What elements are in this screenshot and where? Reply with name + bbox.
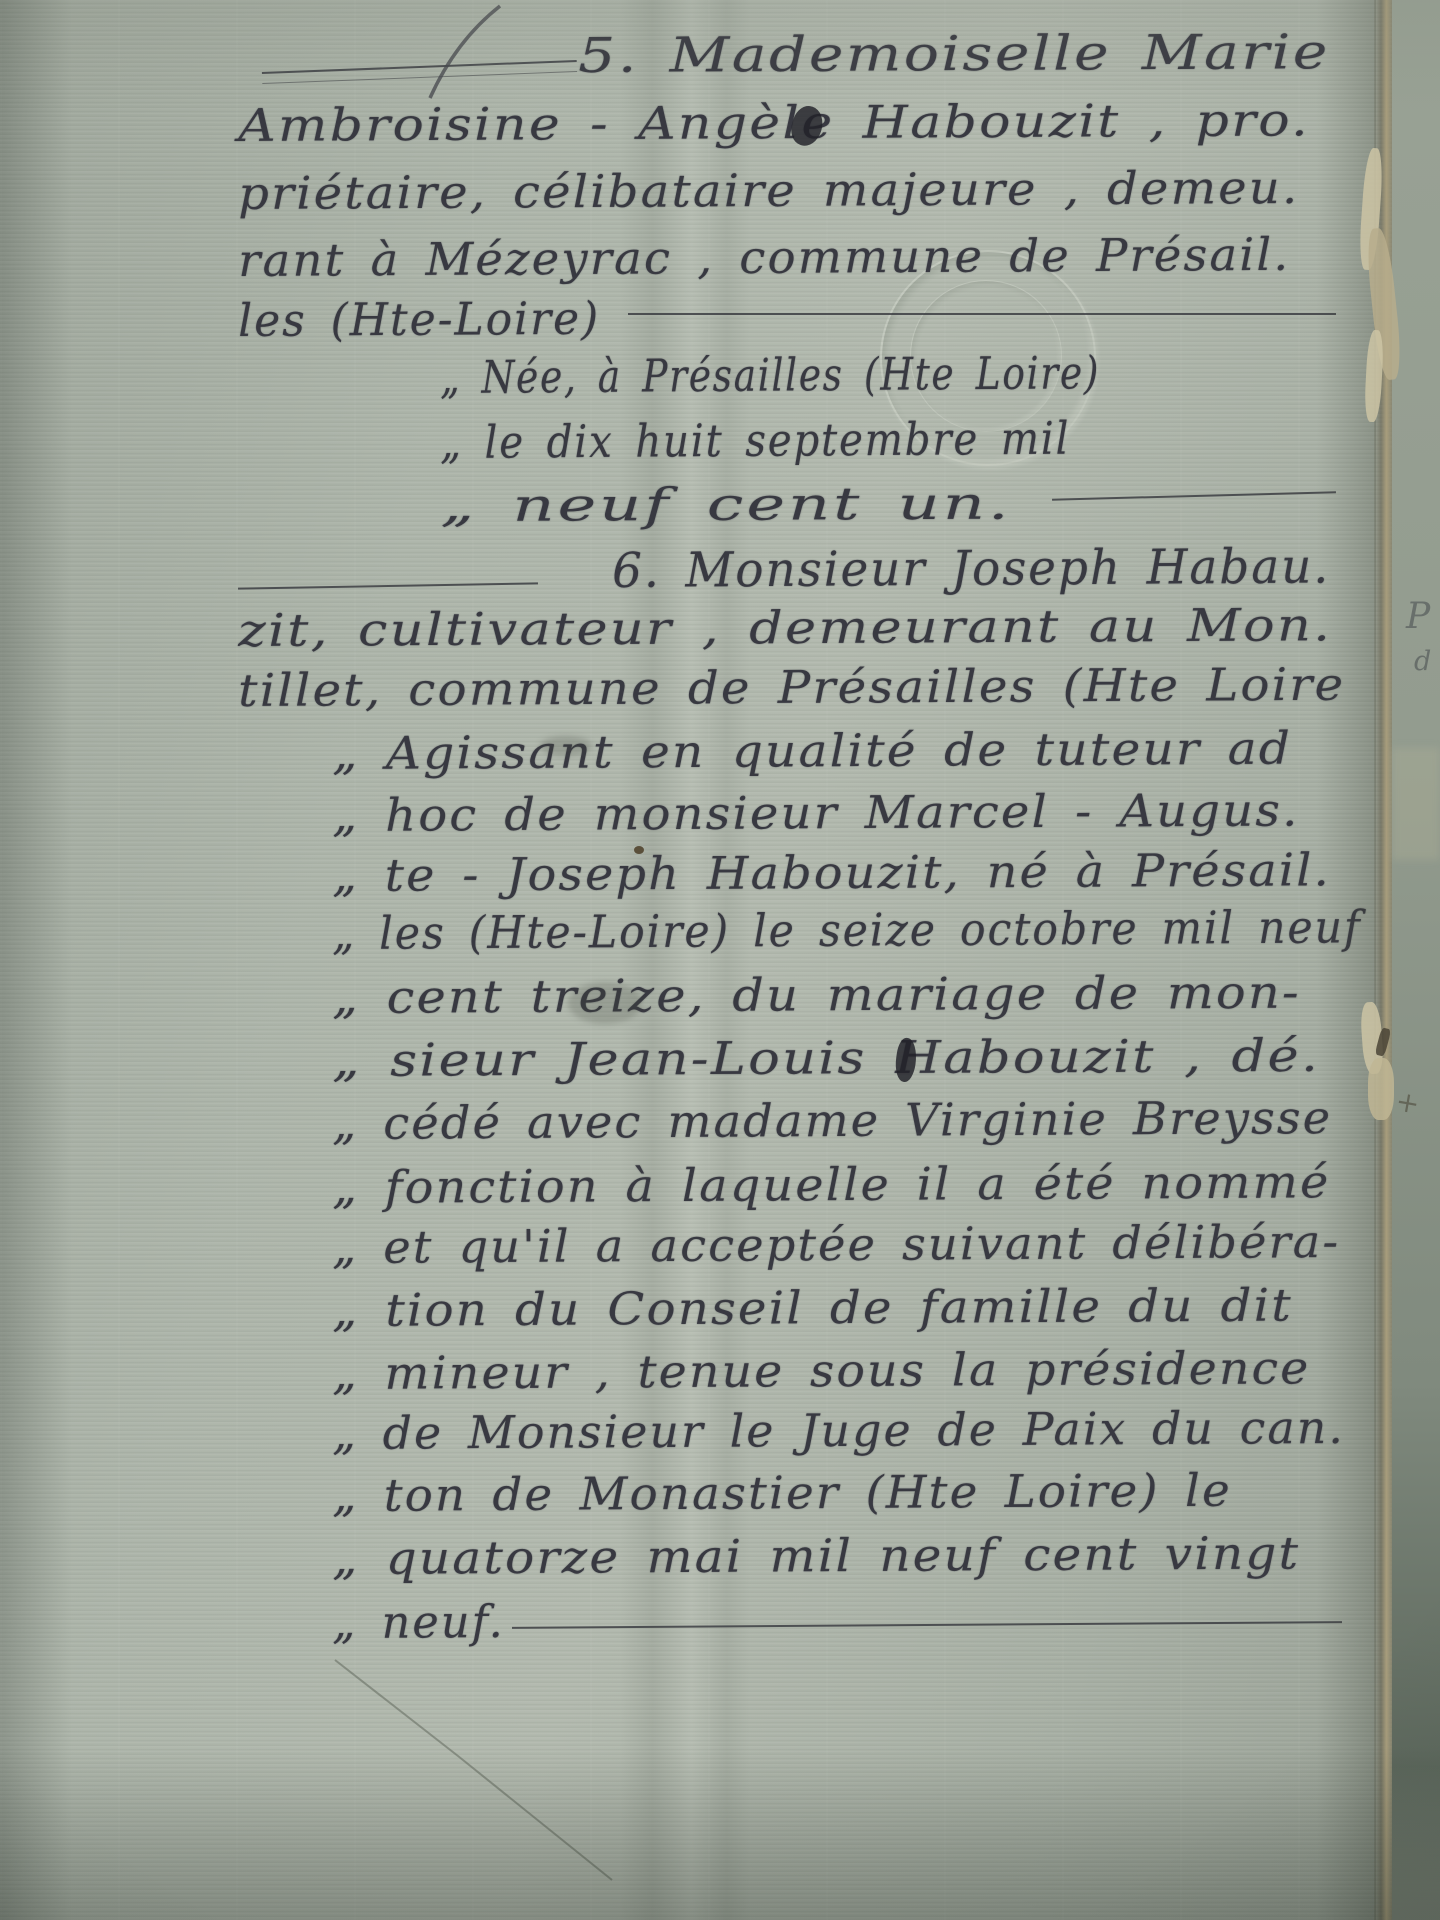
ink-rule — [628, 313, 1336, 315]
manuscript-line: Ambroisine - Angèle Habouzit , pro. — [0, 100, 1440, 158]
manuscript-line: „ le dix huit septembre mil — [0, 417, 1440, 475]
manuscript-line-text: „ le dix huit septembre mil — [440, 413, 1070, 469]
manuscript-line: „ Née, à Présailles (Hte Loire) — [0, 352, 1440, 410]
manuscript-line: „ tion du Conseil de famille du dit — [0, 1285, 1440, 1343]
manuscript-line-text: „ de Monsieur le Juge de Paix du can. — [332, 1402, 1345, 1460]
torn-paper-fiber — [1368, 1058, 1394, 1120]
manuscript-line-text: 5. Mademoiselle Marie — [578, 26, 1330, 82]
manuscript-line-text: „ ton de Monastier (Hte Loire) le — [332, 1465, 1232, 1522]
manuscript-line: zit, cultivateur , demeurant au Mon. — [0, 605, 1440, 663]
manuscript-line: „ de Monsieur le Juge de Paix du can. — [0, 1408, 1440, 1466]
ink-rule — [1052, 491, 1336, 500]
manuscript-line: „ mineur , tenue sous la présidence — [0, 1348, 1440, 1406]
manuscript-line-text: Ambroisine - Angèle Habouzit , pro. — [238, 94, 1310, 152]
manuscript-line-text: „ sieur Jean-Louis Habouzit , dé. — [332, 1030, 1320, 1087]
manuscript-text-block: 5. Mademoiselle MarieAmbroisine - Angèle… — [0, 0, 1440, 1920]
manuscript-line: 5. Mademoiselle Marie — [0, 30, 1440, 88]
manuscript-line-text: „ hoc de monsieur Marcel - Augus. — [332, 784, 1300, 842]
manuscript-line-text: tillet, commune de Présailles (Hte Loire — [238, 659, 1345, 717]
manuscript-line: „ ton de Monastier (Hte Loire) le — [0, 1470, 1440, 1528]
manuscript-line-text: les (Hte-Loire) — [238, 293, 600, 347]
smudge-mark — [568, 982, 642, 1024]
manuscript-line-text: 6. Monsieur Joseph Habau. — [612, 541, 1330, 597]
ink-speck — [634, 846, 644, 854]
manuscript-line: „ te - Joseph Habouzit, né à Présail. — [0, 850, 1440, 908]
manuscript-line-text: „ neuf. — [332, 1596, 505, 1649]
margin-mark: d — [1414, 646, 1431, 677]
manuscript-line-text: rant à Mézeyrac , commune de Présail. — [238, 229, 1290, 287]
manuscript-line-text: „ fonction à laquelle il a été nommé — [332, 1156, 1331, 1214]
document-photo: 5. Mademoiselle MarieAmbroisine - Angèle… — [0, 0, 1440, 1920]
manuscript-line: „ hoc de monsieur Marcel - Augus. — [0, 790, 1440, 848]
manuscript-line-text: „ te - Joseph Habouzit, né à Présail. — [332, 844, 1331, 902]
ink-rule — [238, 582, 538, 589]
manuscript-line-text: „ les (Hte-Loire) le seize octobre mil n… — [332, 901, 1362, 960]
manuscript-line: rant à Mézeyrac , commune de Présail. — [0, 235, 1440, 293]
manuscript-line: „ cédé avec madame Virginie Breysse — [0, 1098, 1440, 1156]
manuscript-line: „ fonction à laquelle il a été nommé — [0, 1162, 1440, 1220]
manuscript-line: „ neuf cent un. — [0, 480, 1440, 538]
manuscript-line-text: „ cédé avec madame Virginie Breysse — [332, 1092, 1332, 1150]
manuscript-line-text: „ Agissant en qualité de tuteur ad — [332, 723, 1292, 780]
manuscript-line: „ cent treize, du mariage de mon- — [0, 972, 1440, 1030]
manuscript-line-text: zit, cultivateur , demeurant au Mon. — [238, 599, 1332, 657]
manuscript-line: „ les (Hte-Loire) le seize octobre mil n… — [0, 908, 1440, 966]
manuscript-line-text: „ tion du Conseil de famille du dit — [332, 1280, 1293, 1337]
adjacent-page-crease — [1392, 748, 1440, 860]
manuscript-line-text: „ quatorze mai mil neuf cent vingt — [332, 1528, 1300, 1585]
manuscript-line: „ sieur Jean-Louis Habouzit , dé. — [0, 1035, 1440, 1093]
ink-rule — [262, 60, 577, 84]
manuscript-line-text: „ cent treize, du mariage de mon- — [332, 967, 1301, 1024]
manuscript-line: „ Agissant en qualité de tuteur ad — [0, 728, 1440, 786]
smudge-mark — [540, 736, 592, 756]
manuscript-line: 6. Monsieur Joseph Habau. — [0, 545, 1440, 603]
manuscript-line: „ quatorze mai mil neuf cent vingt — [0, 1533, 1440, 1591]
manuscript-line-text: „ neuf cent un. — [440, 478, 1012, 532]
manuscript-line-text: „ Née, à Présailles (Hte Loire) — [440, 347, 1100, 404]
adjacent-page-strip — [1392, 0, 1440, 1920]
manuscript-line: les (Hte-Loire) — [0, 295, 1440, 353]
manuscript-line: „ neuf. — [0, 1597, 1440, 1655]
manuscript-line: priétaire, célibataire majeure , demeu. — [0, 168, 1440, 226]
margin-mark: P — [1406, 596, 1430, 637]
manuscript-line-text: „ mineur , tenue sous la présidence — [332, 1342, 1311, 1400]
manuscript-line: tillet, commune de Présailles (Hte Loire — [0, 665, 1440, 723]
ink-rule — [512, 1621, 1342, 1629]
manuscript-line-text: „ et qu'il a acceptée suivant délibéra- — [332, 1216, 1340, 1274]
manuscript-line: „ et qu'il a acceptée suivant délibéra- — [0, 1222, 1440, 1280]
manuscript-line-text: priétaire, célibataire majeure , demeu. — [238, 162, 1299, 220]
